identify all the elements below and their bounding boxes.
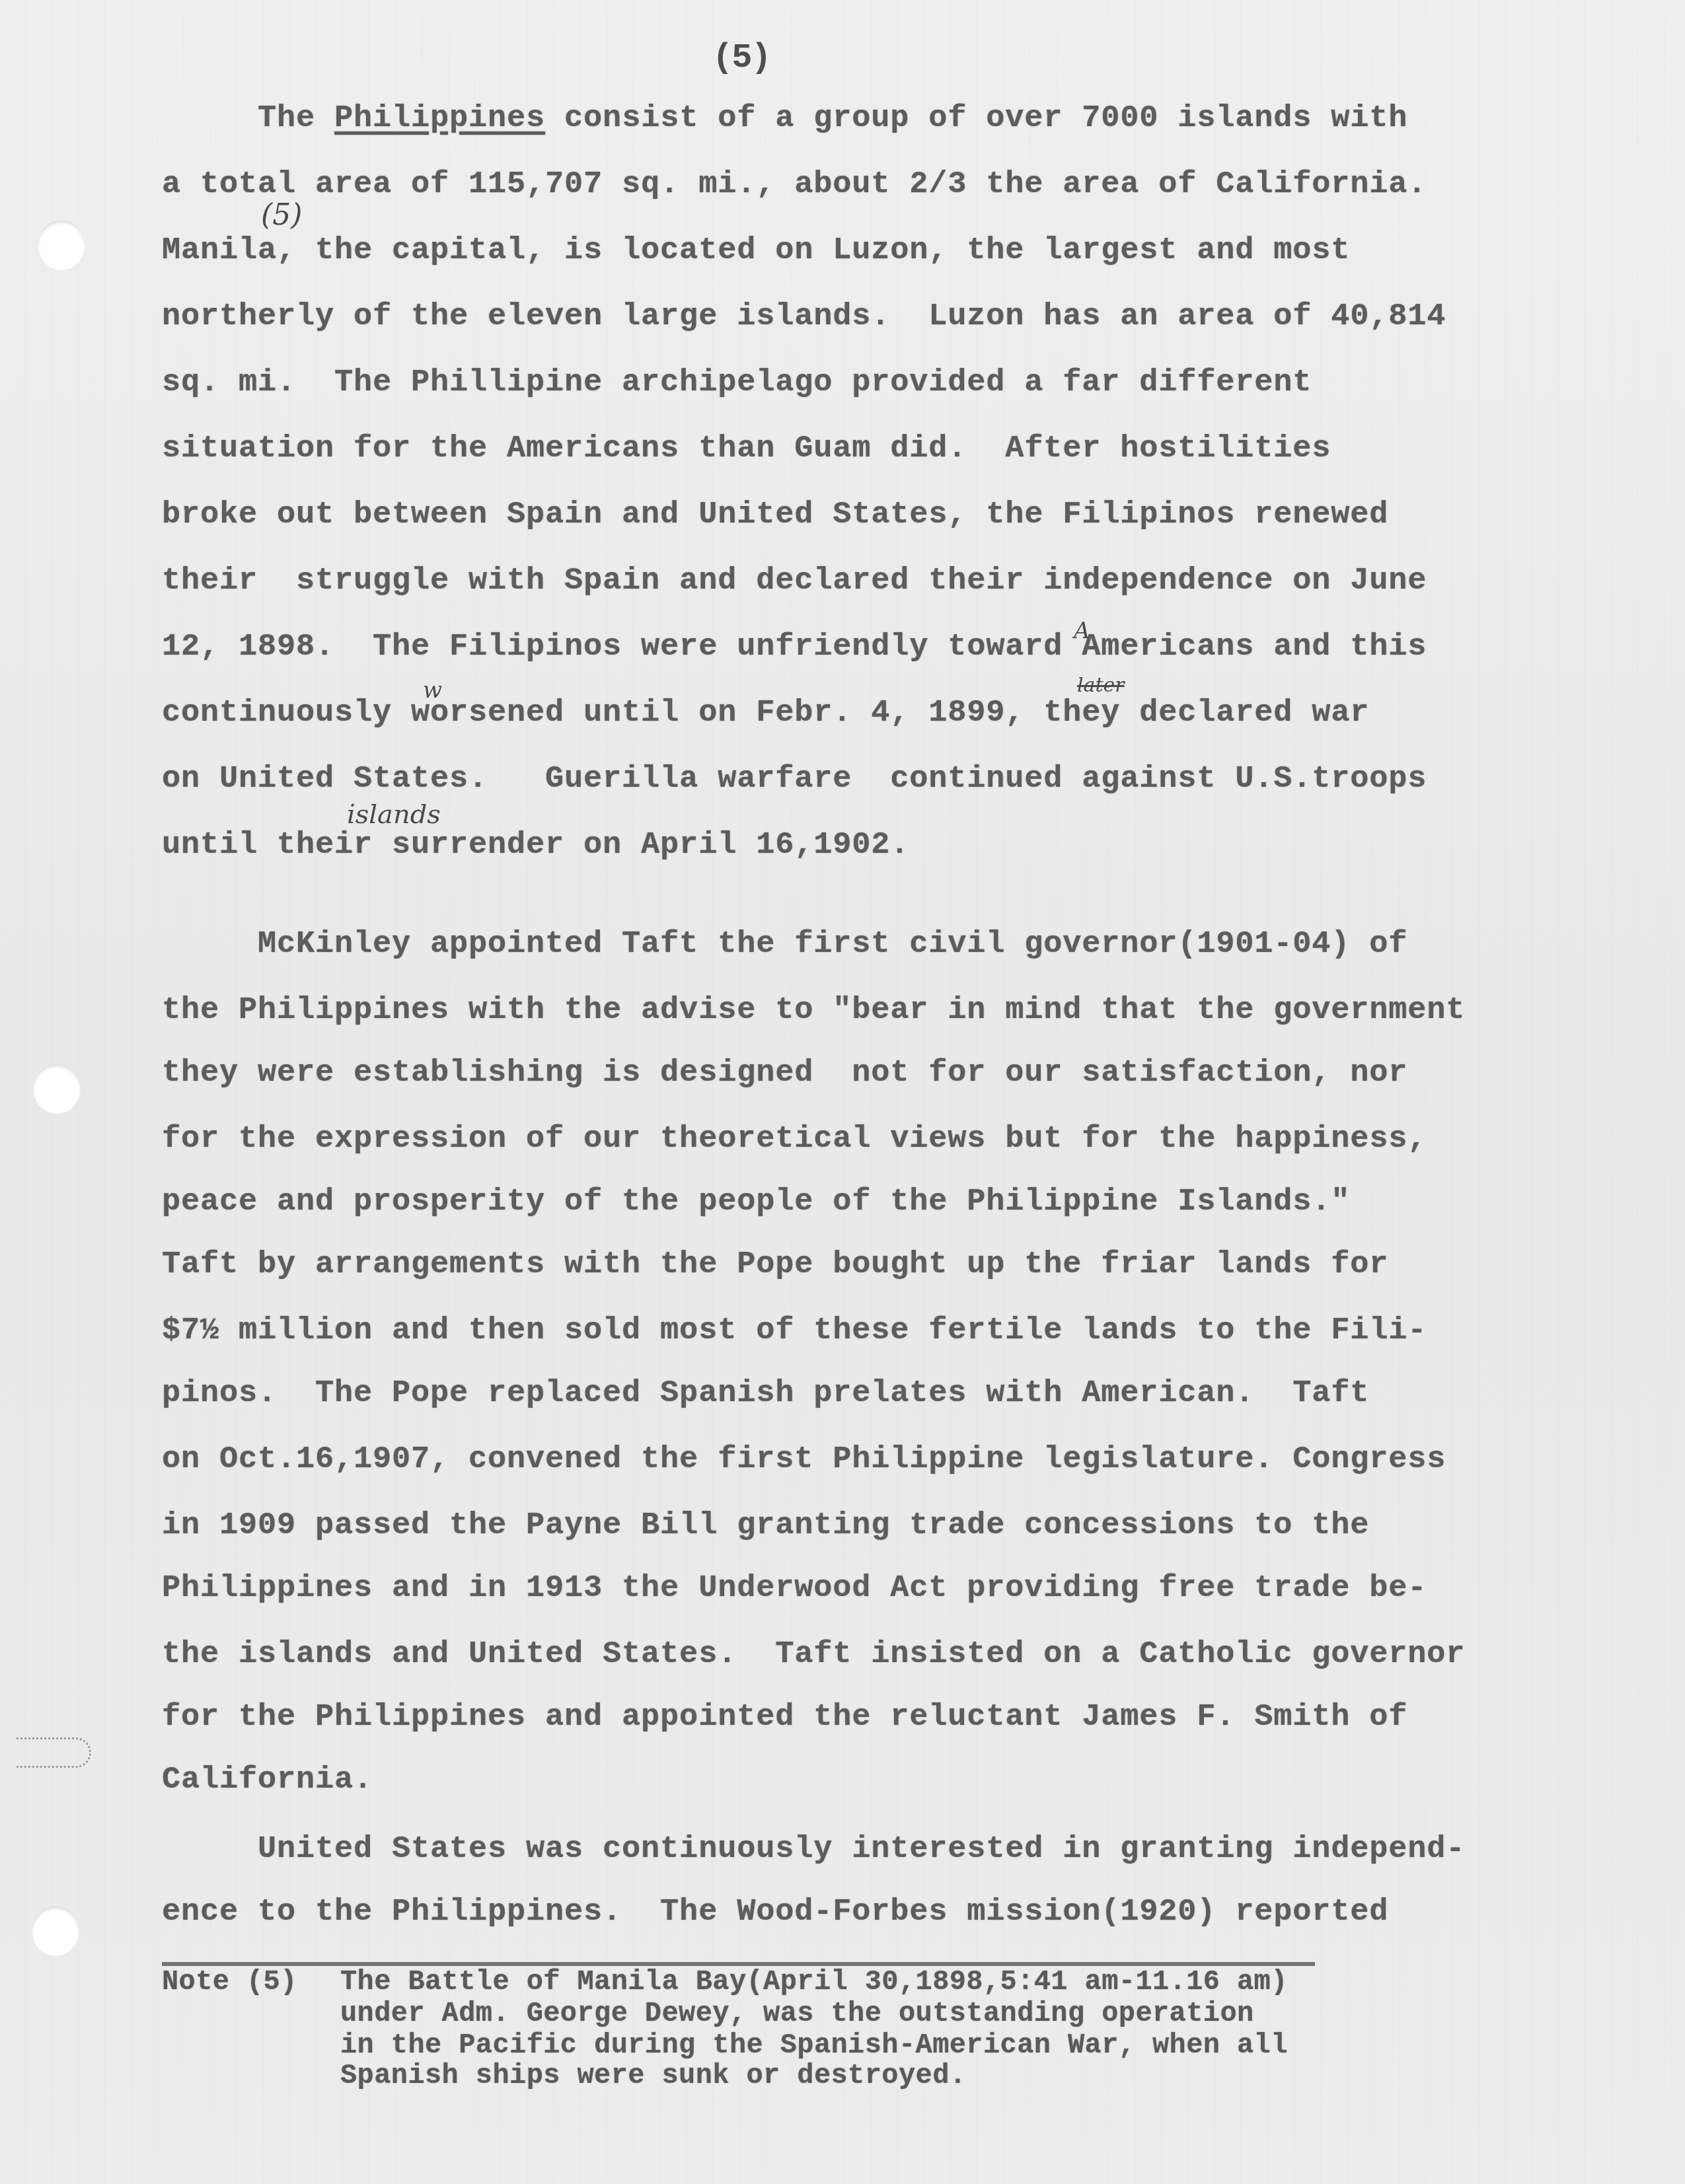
body-line-24: the islands and United States. Taft insi… (162, 1638, 1465, 1671)
page-number: (5) (712, 38, 770, 77)
body-line-2: a total area of 115,707 sq. mi., about 2… (162, 168, 1427, 201)
handwritten-w-correction: w (423, 677, 442, 704)
body-line-3: Manila, the capital, is located on Luzon… (162, 235, 1350, 268)
body-line-11: on United States. Guerilla warfare conti… (162, 763, 1427, 796)
body-line-23: Philippines and in 1913 the Underwood Ac… (162, 1572, 1427, 1605)
underlined-term: Philippines (334, 101, 545, 136)
body-line-10: continuously worsened until on Febr. 4, … (162, 697, 1369, 730)
body-line-8: their struggle with Spain and declared t… (162, 565, 1427, 598)
footnote-line-3: in the Pacific during the Spanish-Americ… (340, 2031, 1288, 2060)
body-line-19: $7½ million and then sold most of these … (162, 1315, 1427, 1348)
body-line-28: ence to the Philippines. The Wood-Forbes… (162, 1896, 1388, 1929)
punch-hole-middle (33, 1064, 81, 1114)
punch-hole-bottom (32, 1906, 79, 1956)
body-line-27: United States was continuously intereste… (162, 1833, 1465, 1866)
punch-hole-top (38, 220, 85, 270)
body-line-4: northerly of the eleven large islands. L… (162, 301, 1446, 334)
body-line-13: McKinley appointed Taft the first civil … (162, 928, 1407, 961)
handwritten-later-insert: later (1077, 674, 1125, 697)
body-line-1: The Philippines consist of a group of ov… (162, 102, 1407, 135)
body-line-7: broke out between Spain and United State… (162, 499, 1388, 532)
body-line-17: peace and prosperity of the people of th… (162, 1186, 1350, 1219)
body-line-21: on Oct.16,1907, convened the first Phili… (162, 1443, 1446, 1476)
footnote-line-4: Spanish ships were sunk or destroyed. (340, 2061, 966, 2090)
handwritten-footnote-ref: (5) (261, 198, 302, 232)
body-line-26: California. (162, 1764, 373, 1797)
body-line-22: in 1909 passed the Payne Bill granting t… (162, 1510, 1369, 1543)
body-line-14: the Philippines with the advise to "bear… (162, 994, 1465, 1027)
body-line-20: pinos. The Pope replaced Spanish prelate… (162, 1377, 1369, 1410)
margin-pencil-mark (17, 1737, 91, 1768)
handwritten-islands-insert: islands (347, 799, 441, 830)
body-line-5: sq. mi. The Phillipine archipelago provi… (162, 367, 1312, 400)
body-line-9: 12, 1898. The Filipinos were unfriendly … (162, 631, 1427, 664)
body-line-6: situation for the Americans than Guam di… (162, 433, 1331, 466)
body-line-16: for the expression of our theoretical vi… (162, 1123, 1427, 1156)
footnote-line-2: under Adm. George Dewey, was the outstan… (340, 1999, 1254, 2028)
footnote-label: Note (5) (162, 1967, 297, 1996)
body-line-12: until their surrender on April 16,1902. (162, 829, 909, 862)
body-line-15: they were establishing is designed not f… (162, 1057, 1407, 1090)
footnote-line-1: The Battle of Manila Bay(April 30,1898,5… (340, 1967, 1288, 1996)
handwritten-A-correction: A (1074, 618, 1090, 644)
body-line-25: for the Philippines and appointed the re… (162, 1701, 1407, 1734)
body-line-18: Taft by arrangements with the Pope bough… (162, 1249, 1388, 1282)
